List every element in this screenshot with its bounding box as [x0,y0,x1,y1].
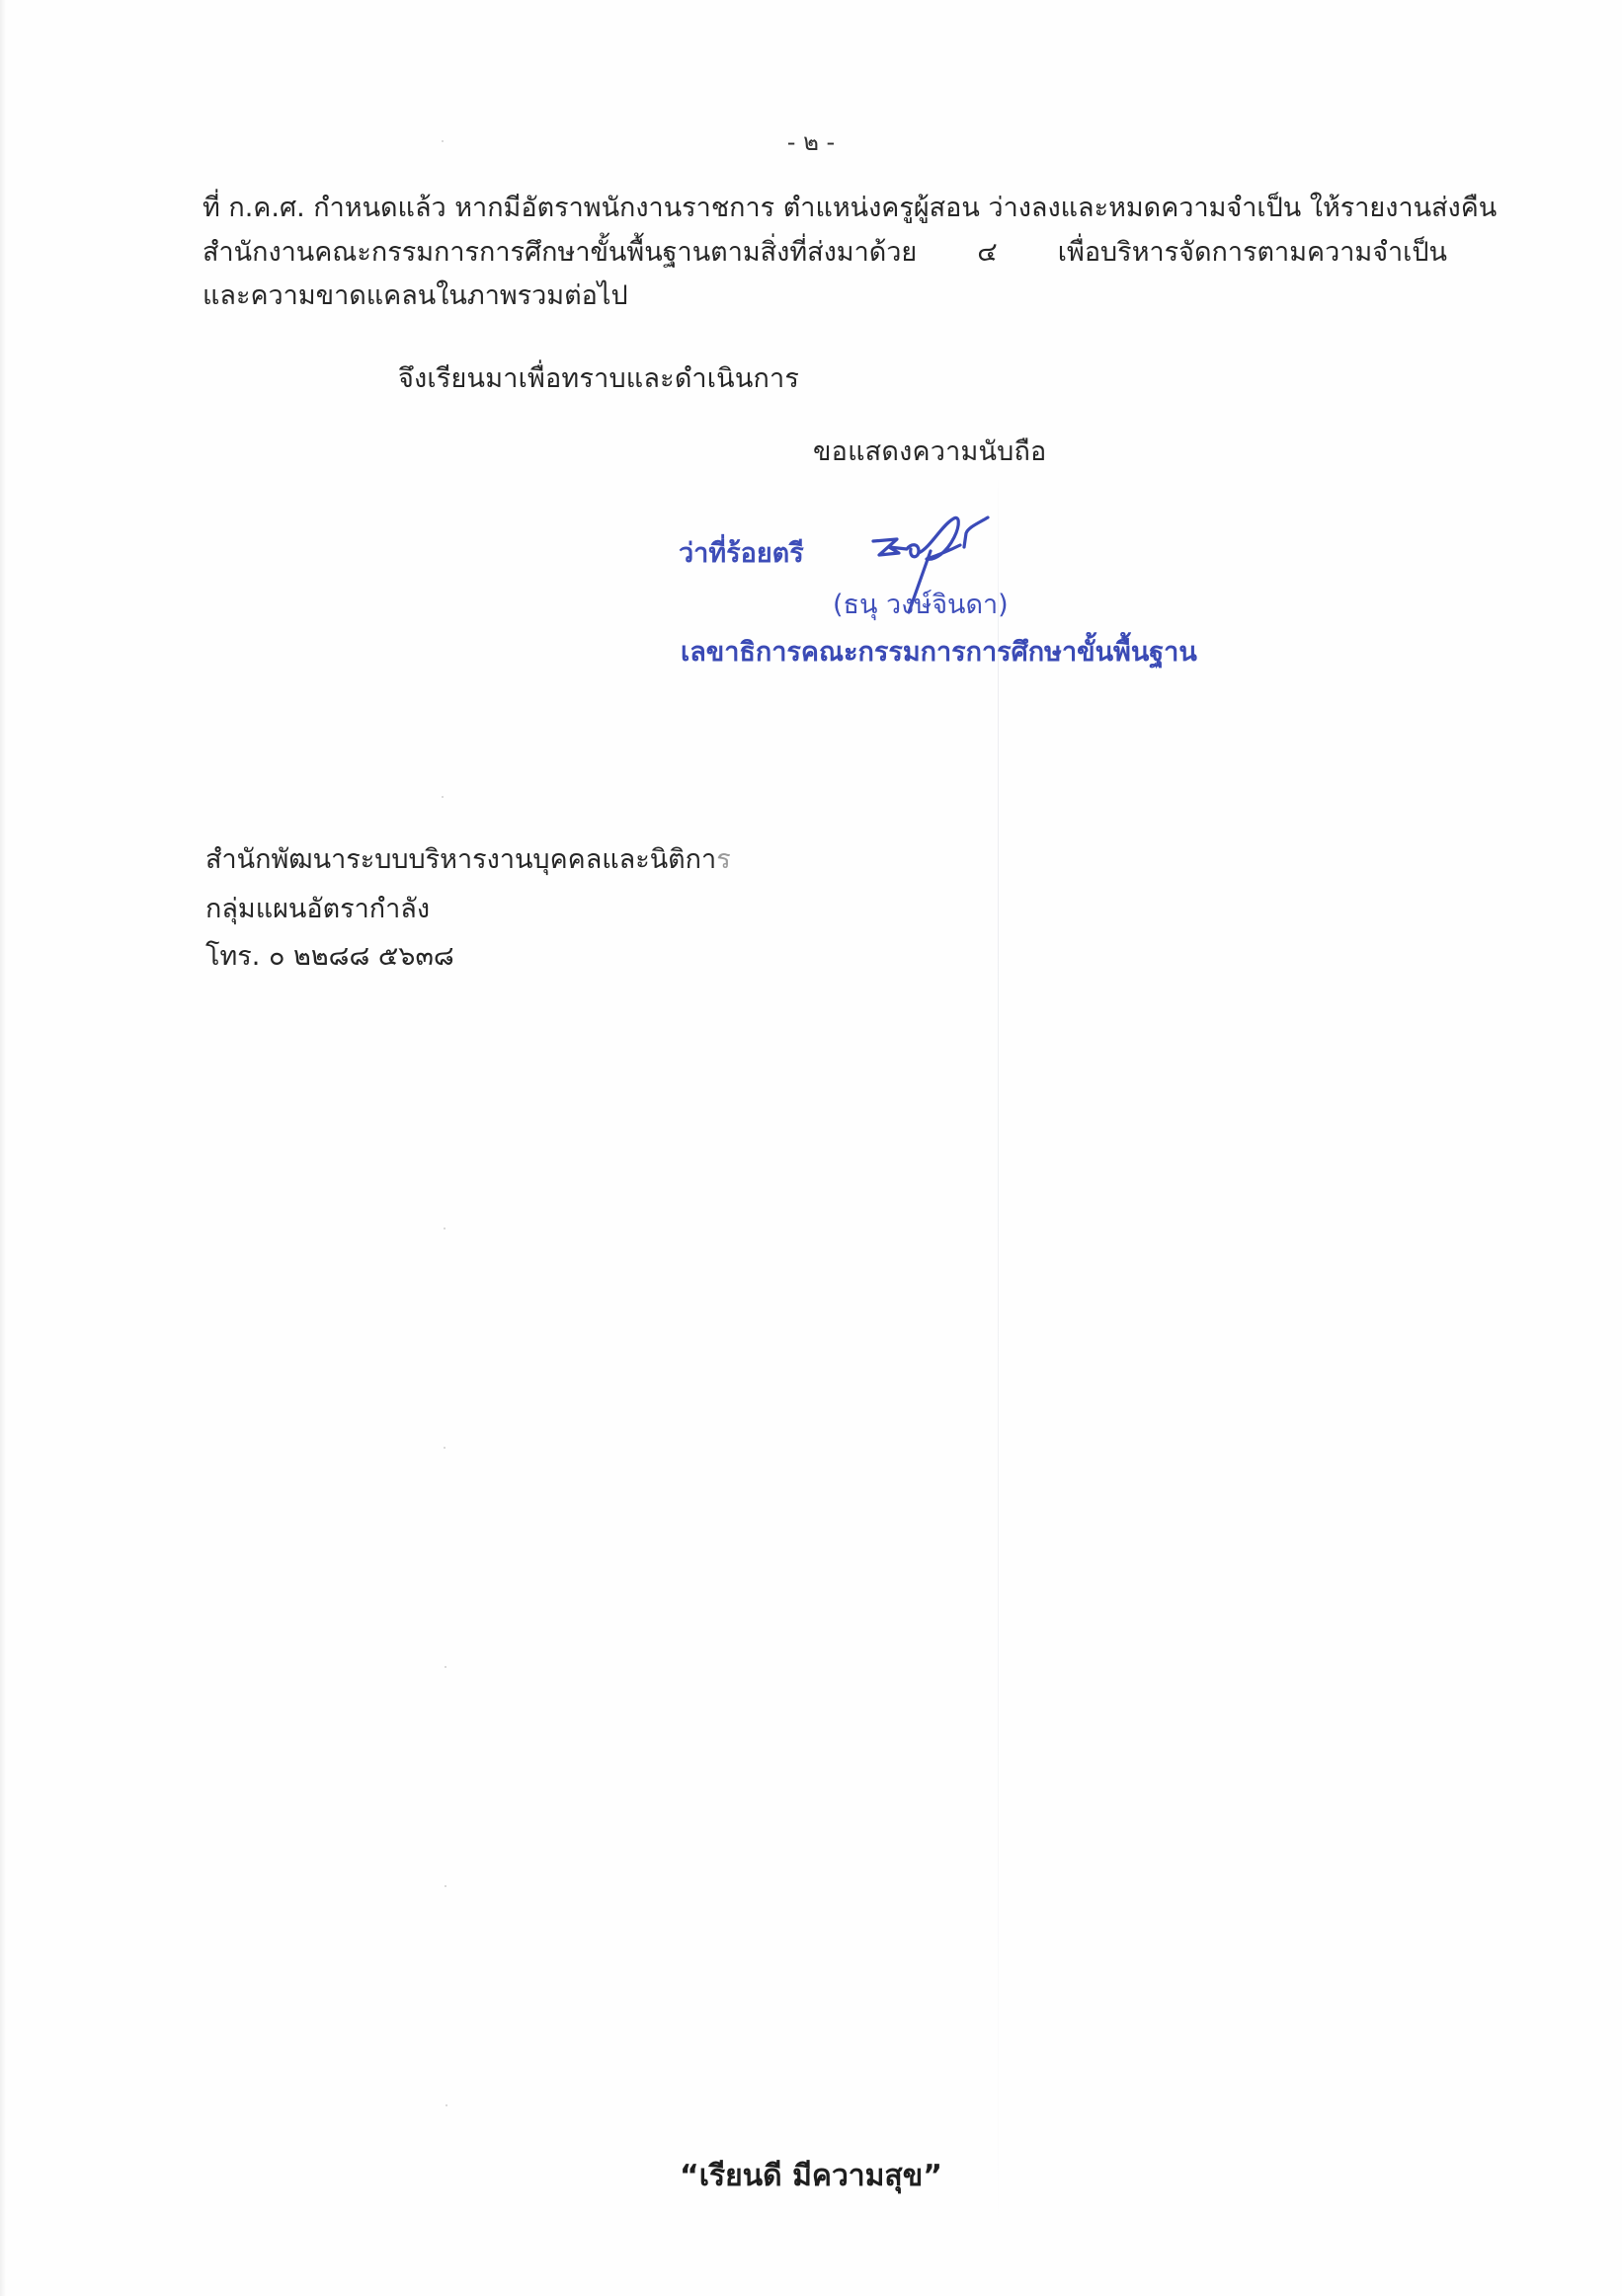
signer-rank: ว่าที่ร้อยตรี [679,531,804,574]
footer-slogan: “เรียนดี มีความสุข” [0,2153,1622,2199]
scan-speck [442,796,444,798]
scan-speck [445,1666,446,1668]
signer-title: เลขาธิการคณะกรรมการการศึกษาขั้นพื้นฐาน [681,630,1197,673]
body-line: และความขาดแคลนในภาพรวมต่อไป [203,281,1447,326]
body-paragraph: ที่ ก.ค.ศ. กำหนดแล้ว หากมีอัตราพนักงานรา… [203,194,1447,326]
page-number: - ๒ - [0,122,1622,161]
scan-speck [444,1227,446,1229]
document-page: - ๒ - ที่ ก.ค.ศ. กำหนดแล้ว หากมีอัตราพนั… [0,0,1622,2296]
scan-artifact-line [998,474,999,2252]
contact-office-text: สำนักพัฒนาระบบบริหารงานบุคคลและนิติกา [205,844,716,875]
contact-office-faded-tail: ร [716,844,731,875]
scan-edge-shadow [0,0,6,2296]
contact-group: กลุ่มแผนอัตรากำลัง [205,887,430,929]
contact-office: สำนักพัฒนาระบบบริหารงานบุคคลและนิติการ [205,837,731,880]
body-line: สำนักงานคณะกรรมการการศึกษาขั้นพื้นฐานตาม… [203,238,1447,282]
scan-speck [445,1885,446,1887]
signer-name: (ธนุ วงษ์จินดา) [833,583,1009,625]
scan-speck [446,2104,447,2106]
scan-speck [444,1447,446,1449]
contact-phone: โทร. ๐ ๒๒๘๘ ๕๖๓๘ [205,934,454,977]
salutation: ขอแสดงความนับถือ [813,438,1046,465]
closing-request: จึงเรียนมาเพื่อทราบและดำเนินการ [398,365,799,392]
body-line: ที่ ก.ค.ศ. กำหนดแล้ว หากมีอัตราพนักงานรา… [203,194,1447,238]
